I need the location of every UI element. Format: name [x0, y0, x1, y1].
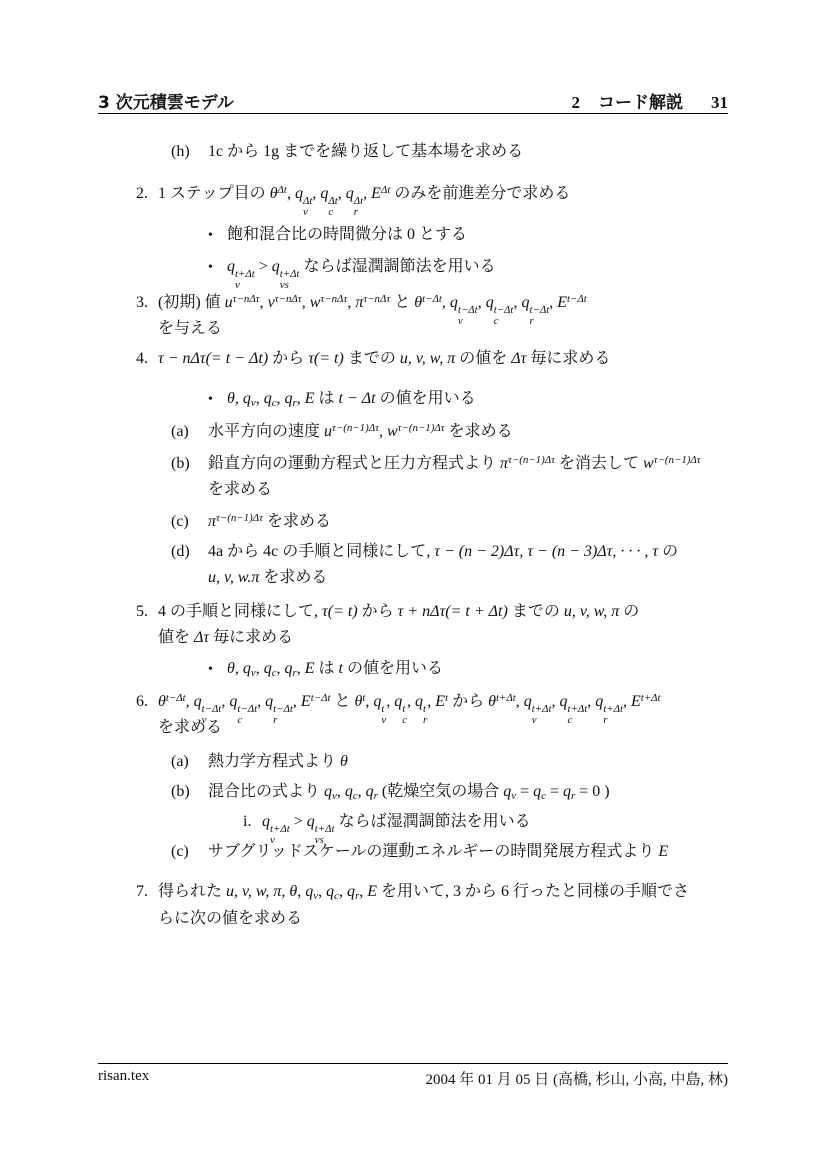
doc-line: (c)サブグリッドスケールの運動エネルギーの時間発展方程式より E	[0, 840, 826, 866]
math-var: q	[346, 185, 354, 202]
text-run: は	[315, 390, 339, 407]
math-var: u, v, w.π	[208, 569, 259, 586]
math-var: q	[366, 783, 374, 800]
list-marker: 3.	[136, 291, 148, 315]
doc-line: 6.θt−Δt, qt−Δtv, qt−Δtc, qt−Δtr, Et−Δt と…	[0, 690, 826, 716]
text-run: 4a から 4c の手順と同様にして,	[208, 543, 434, 560]
doc-line: (b)混合比の式より qv, qc, qr (乾燥空気の場合 qv = qc =…	[0, 780, 826, 806]
math-var: E	[658, 843, 668, 860]
bullet-icon: •	[208, 658, 213, 682]
math-var: q	[415, 693, 423, 710]
text-run: ,	[256, 660, 264, 677]
math-subscript: c	[328, 207, 333, 218]
doc-line: (a)水平方向の速度 uτ−(n−1)Δτ, wτ−(n−1)Δτ を求める	[0, 420, 826, 446]
math-var: q	[347, 883, 355, 900]
math-superscript: t−Δt	[567, 293, 587, 305]
math-var: q	[595, 693, 603, 710]
doc-line: (a)熱力学方程式より θ	[0, 750, 826, 776]
doc-line: 3.(初期) 値 uτ−nΔτ, vτ−nΔτ, wτ−nΔτ, πτ−nΔτ …	[0, 291, 826, 317]
text-run: の	[619, 603, 639, 620]
math-var: E	[371, 185, 381, 202]
text-run: 混合比の式より	[208, 783, 324, 800]
line-text: サブグリッドスケールの運動エネルギーの時間発展方程式より E	[208, 840, 668, 864]
math-var: E	[557, 294, 567, 311]
text-run: ,	[235, 660, 243, 677]
math-superscript: t+Δt	[496, 692, 516, 704]
math-var: v	[268, 294, 275, 311]
math-var: θ	[227, 660, 235, 677]
list-marker: (a)	[171, 420, 189, 444]
doc-line: 2.1 ステップ目の θΔt, qΔtv, qΔtc, qΔtr, EΔt のみ…	[0, 182, 826, 208]
math-subscript: r	[374, 790, 378, 802]
math-var: q	[243, 660, 251, 677]
doc-line: を求める	[0, 716, 826, 742]
math-var: q	[264, 660, 272, 677]
math-subscript: r	[571, 790, 575, 802]
math-var: u, v, w, π	[400, 350, 455, 367]
doc-line: (d)4a から 4c の手順と同様にして, τ − (n − 2)Δτ, τ …	[0, 540, 826, 566]
text-run: 4 の手順と同様にして,	[158, 603, 322, 620]
math-var: θ	[340, 753, 348, 770]
math-superscript: τ−(n−1)Δτ	[654, 454, 701, 466]
math-subscript: v	[332, 790, 337, 802]
math-var: Δτ	[194, 629, 209, 646]
math-var: q	[559, 693, 567, 710]
math-superscript: τ−nΔτ	[363, 293, 390, 305]
text-run: を求める	[208, 481, 272, 498]
math-superscript: τ−(n−1)Δτ	[332, 422, 379, 434]
math-var: u, v, w, π	[564, 603, 619, 620]
text-run: (初期) 値	[158, 294, 225, 311]
math-var: θ	[227, 390, 235, 407]
text-run: は	[315, 660, 339, 677]
text-run: ,	[260, 294, 268, 311]
line-text: らに次の値を求める	[158, 907, 302, 931]
math-var: q	[272, 258, 280, 275]
math-superscript: t+Δt	[641, 692, 661, 704]
text-run: ,	[359, 883, 367, 900]
text-run: ,	[318, 883, 326, 900]
math-subscript: v	[313, 890, 318, 902]
text-run: を求める	[263, 513, 331, 530]
text-run: を求める	[158, 719, 222, 736]
math-superscript: τ−nΔτ	[320, 293, 347, 305]
doc-line: を与える	[0, 317, 826, 343]
math-superscript: τ−(n−1)Δτ	[216, 512, 263, 524]
list-marker: (c)	[171, 510, 189, 534]
doc-line: i.qt+Δtv > qt+Δtvs ならば湿潤調節法を用いる	[0, 810, 826, 836]
line-text: θ, qv, qc, qr, E は t の値を用いる	[227, 657, 443, 682]
line-text: を求める	[158, 716, 222, 740]
text-run: ,	[379, 423, 387, 440]
math-superscript: τ−nΔτ	[275, 293, 302, 305]
math-var: q	[285, 660, 293, 677]
text-run: ,	[339, 883, 347, 900]
math-var: E	[305, 390, 315, 407]
text-run: 値を	[158, 629, 194, 646]
math-var: q	[307, 813, 315, 830]
text-run: の値を用いる	[376, 390, 476, 407]
math-var: u, v, w, π, θ	[226, 883, 297, 900]
doc-line: (c)πτ−(n−1)Δτ を求める	[0, 510, 826, 536]
math-var: q	[194, 693, 202, 710]
bullet-icon: •	[208, 256, 213, 280]
math-var: q	[345, 783, 353, 800]
text-run: ならば湿潤調節法を用いる	[300, 258, 496, 275]
doc-line: (h)1c から 1g までを繰り返して基本場を求める	[0, 140, 826, 166]
text-run: >	[290, 813, 307, 830]
math-var: q	[563, 783, 571, 800]
text-run: と	[390, 294, 414, 311]
math-superscript: τ−(n−1)Δτ	[398, 422, 445, 434]
line-text: を求める	[208, 478, 272, 502]
doc-line: •θ, qv, qc, qr, E は t の値を用いる	[0, 657, 826, 683]
math-scripts: Δtc	[328, 196, 337, 219]
math-var: q	[326, 883, 334, 900]
math-var: τ + nΔτ(= t + Δt)	[398, 603, 508, 620]
math-var: θ	[488, 693, 496, 710]
math-var: w	[643, 455, 654, 472]
math-var: q	[243, 390, 251, 407]
math-var: w	[387, 423, 398, 440]
text-run: 熱力学方程式より	[208, 753, 340, 770]
math-var: q	[285, 390, 293, 407]
math-var: E	[631, 693, 641, 710]
text-run: を求める	[259, 569, 327, 586]
text-run: ,	[338, 185, 346, 202]
text-run: 1c から 1g までを繰り返して基本場を求める	[208, 143, 523, 160]
doc-line: (b)鉛直方向の運動方程式と圧力方程式より πτ−(n−1)Δτ を消去して w…	[0, 452, 826, 478]
math-var: E	[305, 660, 315, 677]
text-run: 鉛直方向の運動方程式と圧力方程式より	[208, 455, 500, 472]
math-var: τ − (n − 2)Δτ, τ − (n − 3)Δτ, · · · , τ	[434, 543, 658, 560]
text-run: ,	[358, 783, 366, 800]
line-text: 得られた u, v, w, π, θ, qv, qc, qr, E を用いて, …	[158, 880, 689, 905]
text-run: =	[546, 783, 563, 800]
text-run: ,	[442, 294, 450, 311]
text-run: と	[330, 693, 354, 710]
line-text: 鉛直方向の運動方程式と圧力方程式より πτ−(n−1)Δτ を消去して wτ−(…	[208, 452, 701, 477]
pdf-page: 3 次元積雲モデル 2コード解説31 (h)1c から 1g までを繰り返して基…	[0, 0, 826, 1169]
list-marker: (d)	[171, 540, 190, 564]
text-run: = 0 )	[575, 783, 609, 800]
math-var: q	[324, 783, 332, 800]
list-marker: (b)	[171, 780, 190, 804]
text-run: ,	[623, 693, 631, 710]
math-subscript: r	[354, 207, 358, 218]
text-run: 毎に求める	[526, 350, 610, 367]
text-run: 毎に求める	[209, 629, 293, 646]
math-scripts: t+Δtvs	[280, 269, 300, 292]
text-run: らに次の値を求める	[158, 910, 302, 927]
math-var: q	[450, 294, 458, 311]
math-superscript: t	[362, 692, 365, 704]
math-scripts: Δtr	[354, 196, 363, 219]
text-run: までの	[344, 350, 400, 367]
math-subscript: c	[334, 890, 339, 902]
text-run: ,	[516, 693, 524, 710]
math-subscript: v	[303, 207, 308, 218]
footer-filename: risan.tex	[98, 1068, 149, 1085]
math-superscript: t−Δt	[311, 692, 331, 704]
list-marker: i.	[243, 810, 251, 834]
math-var: u	[225, 294, 233, 311]
math-var: τ − nΔτ(= t − Δt)	[158, 350, 268, 367]
math-var: q	[524, 693, 532, 710]
text-run: ,	[363, 185, 371, 202]
text-run: ,	[478, 294, 486, 311]
math-superscript: τ−nΔτ	[233, 293, 260, 305]
text-run: を消去して	[555, 455, 643, 472]
text-run: ,	[337, 783, 345, 800]
doc-line: •飽和混合比の時間微分は 0 とする	[0, 223, 826, 249]
math-var: E	[367, 883, 377, 900]
math-var: π	[500, 455, 508, 472]
math-subscript: r	[293, 667, 297, 679]
math-subscript: c	[353, 790, 358, 802]
math-var: θ	[158, 693, 166, 710]
text-run: ,	[386, 693, 394, 710]
line-text: 4 の手順と同様にして, τ(= t) から τ + nΔτ(= t + Δt)…	[158, 600, 639, 624]
text-run: ,	[257, 693, 265, 710]
text-run: までの	[508, 603, 564, 620]
math-superscript: t−Δt	[166, 692, 186, 704]
doc-line: らに次の値を求める	[0, 907, 826, 933]
math-var: q	[373, 693, 381, 710]
text-run: 1 ステップ目の	[158, 185, 270, 202]
math-subscript: v	[511, 790, 516, 802]
math-superscript: Δt	[278, 184, 287, 196]
doc-line: •θ, qv, qc, qr, E は t − Δt の値を用いる	[0, 387, 826, 413]
list-marker: 6.	[136, 690, 148, 714]
text-run: のみを前進差分で求める	[390, 185, 570, 202]
text-run: ,	[302, 294, 310, 311]
math-var: q	[521, 294, 529, 311]
text-run: ,	[407, 693, 415, 710]
math-subscript: v	[251, 397, 256, 409]
math-var: θ	[270, 185, 278, 202]
line-text: θ, qv, qc, qr, E は t − Δt の値を用いる	[227, 387, 476, 412]
doc-line: 5.4 の手順と同様にして, τ(= t) から τ + nΔτ(= t + Δ…	[0, 600, 826, 626]
text-run: 得られた	[158, 883, 226, 900]
math-var: E	[301, 693, 311, 710]
text-run: ,	[186, 693, 194, 710]
text-run: の	[658, 543, 678, 560]
line-text: 熱力学方程式より θ	[208, 750, 348, 774]
text-run: から	[358, 603, 398, 620]
text-run: の値を用いる	[343, 660, 443, 677]
line-text: u, v, w.π を求める	[208, 566, 327, 590]
bullet-icon: •	[208, 388, 213, 412]
math-var: w	[310, 294, 321, 311]
list-marker: (a)	[171, 750, 189, 774]
line-text: 飽和混合比の時間微分は 0 とする	[227, 223, 467, 247]
text-run: から	[268, 350, 308, 367]
line-text: τ − nΔτ(= t − Δt) から τ(= t) までの u, v, w,…	[158, 347, 610, 371]
math-var: q	[264, 390, 272, 407]
doc-line: 7.得られた u, v, w, π, θ, qv, qc, qr, E を用いて…	[0, 880, 826, 906]
math-scripts: t+Δtv	[235, 269, 255, 292]
text-run: ,	[277, 390, 285, 407]
text-run: ,	[293, 693, 301, 710]
math-superscript: t	[445, 692, 448, 704]
math-subscript: r	[293, 397, 297, 409]
text-run: >	[255, 258, 272, 275]
text-run: 飽和混合比の時間微分は 0 とする	[227, 226, 467, 243]
doc-line: u, v, w.π を求める	[0, 566, 826, 592]
math-var: τ(= t)	[308, 350, 344, 367]
text-run: ,	[277, 660, 285, 677]
document-body: (h)1c から 1g までを繰り返して基本場を求める2.1 ステップ目の θΔ…	[0, 0, 826, 1169]
list-marker: 5.	[136, 600, 148, 624]
math-superscript: t−Δt	[422, 293, 442, 305]
bullet-icon: •	[208, 224, 213, 248]
math-var: q	[265, 693, 273, 710]
math-superscript: τ−(n−1)Δτ	[508, 454, 555, 466]
text-run: の値を	[455, 350, 511, 367]
math-subscript: r	[355, 890, 359, 902]
text-run: (乾燥空気の場合	[378, 783, 503, 800]
line-text: 1 ステップ目の θΔt, qΔtv, qΔtc, qΔtr, EΔt のみを前…	[158, 182, 570, 219]
list-marker: 2.	[136, 182, 148, 206]
line-text: qt+Δtv > qt+Δtvs ならば湿潤調節法を用いる	[227, 255, 496, 292]
math-var: q	[229, 693, 237, 710]
math-subscript: v	[251, 667, 256, 679]
math-var: θ	[414, 294, 422, 311]
math-var: q	[295, 185, 303, 202]
text-run: ,	[297, 660, 305, 677]
footer-rule	[98, 1063, 728, 1064]
line-text: を与える	[158, 317, 222, 341]
math-var: u	[324, 423, 332, 440]
line-text: 1c から 1g までを繰り返して基本場を求める	[208, 140, 523, 164]
doc-line: を求める	[0, 478, 826, 504]
footer-date-authors: 2004 年 01 月 05 日 (高橋, 杉山, 小高, 中島, 林)	[426, 1068, 729, 1089]
line-text: 水平方向の速度 uτ−(n−1)Δτ, wτ−(n−1)Δτ を求める	[208, 420, 513, 445]
math-superscript: Δt	[381, 184, 390, 196]
doc-line: •qt+Δtv > qt+Δtvs ならば湿潤調節法を用いる	[0, 255, 826, 281]
math-var: q	[533, 783, 541, 800]
text-run: ,	[287, 185, 295, 202]
doc-line: 4.τ − nΔτ(= t − Δt) から τ(= t) までの u, v, …	[0, 347, 826, 373]
line-text: 4a から 4c の手順と同様にして, τ − (n − 2)Δτ, τ − (…	[208, 540, 678, 564]
text-run: =	[516, 783, 533, 800]
list-marker: (b)	[171, 452, 190, 476]
math-var: Δτ	[511, 350, 526, 367]
text-run: ,	[297, 390, 305, 407]
line-text: 混合比の式より qv, qc, qr (乾燥空気の場合 qv = qc = qr…	[208, 780, 610, 805]
math-subscript: c	[272, 397, 277, 409]
math-var: t − Δt	[339, 390, 376, 407]
math-var: E	[435, 693, 445, 710]
math-var: q	[486, 294, 494, 311]
list-marker: 7.	[136, 880, 148, 904]
math-var: q	[394, 693, 402, 710]
text-run: から	[448, 693, 488, 710]
line-text: πτ−(n−1)Δτ を求める	[208, 510, 331, 535]
doc-line: 値を Δτ 毎に求める	[0, 626, 826, 652]
math-var: q	[262, 813, 270, 830]
math-subscript: c	[272, 667, 277, 679]
text-run: を求める	[445, 423, 513, 440]
math-var: π	[208, 513, 216, 530]
math-var: q	[227, 258, 235, 275]
text-run: ,	[256, 390, 264, 407]
math-scripts: Δtv	[303, 196, 312, 219]
text-run: 水平方向の速度	[208, 423, 324, 440]
text-run: ,	[235, 390, 243, 407]
text-run: サブグリッドスケールの運動エネルギーの時間発展方程式より	[208, 843, 658, 860]
math-var: τ(= t)	[322, 603, 358, 620]
text-run: を与える	[158, 320, 222, 337]
list-marker: (h)	[171, 140, 190, 164]
list-marker: (c)	[171, 840, 189, 864]
text-run: ならば湿潤調節法を用いる	[335, 813, 531, 830]
list-marker: 4.	[136, 347, 148, 371]
line-text: 値を Δτ 毎に求める	[158, 626, 293, 650]
text-run: を用いて, 3 から 6 行ったと同様の手順でさ	[377, 883, 689, 900]
math-subscript: c	[541, 790, 546, 802]
